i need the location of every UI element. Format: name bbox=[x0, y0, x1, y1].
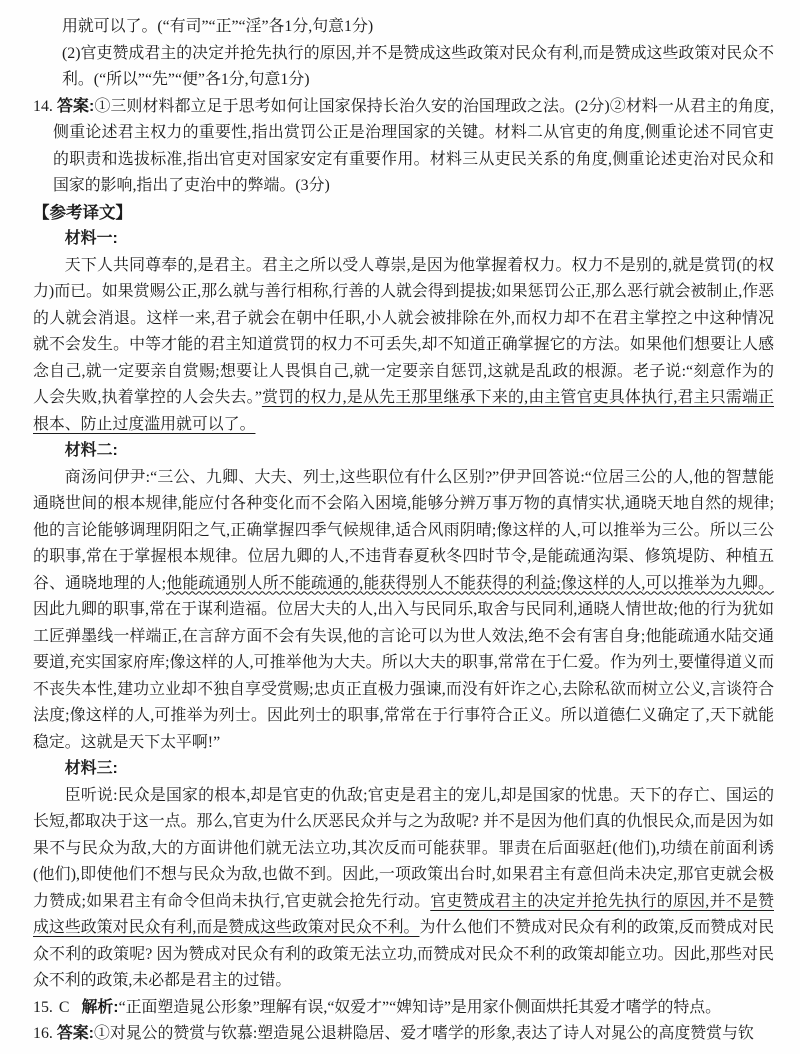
q15-answer-block: 15.C解析:“正面塑造晁公形象”理解有误,“奴爱才”“婢知诗”是用家仆侧面烘托… bbox=[33, 995, 774, 1022]
q16-answer-text: ①对晁公的赞赏与钦慕:塑造晁公退耕隐居、爱才嗜学的形象,表达了诗人对晁公的高度赞… bbox=[94, 1025, 754, 1042]
q14-answer: 14.答案:①三则材料都立足于思考如何让国家保持长治久安的治国理政之法。(2分)… bbox=[33, 94, 774, 200]
material-3-translation: 材料三: 臣听说:民众是国家的根本,却是官吏的仇敌;官吏是君主的宠儿,却是国家的… bbox=[33, 756, 774, 995]
q16-answer: 16.答案:①对晁公的赞赏与钦慕:塑造晁公退耕隐居、爱才嗜学的形象,表达了诗人对… bbox=[33, 1021, 774, 1048]
material-1-paragraph: 天下人共同尊奉的,是君主。君主之所以受人尊崇,是因为他掌握着权力。权力不是别的,… bbox=[33, 253, 774, 439]
q14-answer-block: 14.答案:①三则材料都立足于思考如何让国家保持长治久安的治国理政之法。(2分)… bbox=[33, 94, 774, 200]
material-2-text-after: 因此九卿的职事,常在于谋利造福。位居大夫的人,出入与民同乐,取舍与民同利,通晓人… bbox=[33, 601, 774, 751]
q16-answer-label: 答案: bbox=[57, 1025, 94, 1042]
material-1-translation: 材料一: 天下人共同尊奉的,是君主。君主之所以受人尊崇,是因为他掌握着权力。权力… bbox=[33, 226, 774, 438]
material-3-heading: 材料三: bbox=[33, 756, 774, 783]
q14-answer-text: ①三则材料都立足于思考如何让国家保持长治久安的治国理政之法。(2分)②材料一从君… bbox=[53, 98, 774, 195]
q14-number: 14. bbox=[33, 98, 53, 115]
material-2-text-before: 商汤问伊尹:“三公、九卿、大夫、列士,这些职位有什么区别?”伊尹回答说:“位居三… bbox=[33, 469, 774, 592]
q15-explanation-label: 解析: bbox=[81, 999, 118, 1016]
q14-answer-label: 答案: bbox=[57, 98, 94, 115]
material-3-text-before: 臣听说:民众是国家的根本,却是官吏的仇敌;官吏是君主的宠儿,却是国家的忧患。天下… bbox=[33, 787, 774, 910]
q13-grading-notes: 用就可以了。(“有司”“正”“淫”各1分,句意1分) (2)官吏赞成君主的决定并… bbox=[62, 14, 774, 94]
material-2-heading: 材料二: bbox=[33, 438, 774, 465]
q16-answer-block: 16.答案:①对晁公的赞赏与钦慕:塑造晁公退耕隐居、爱才嗜学的形象,表达了诗人对… bbox=[33, 1021, 774, 1048]
material-1-heading: 材料一: bbox=[33, 226, 774, 253]
material-2-paragraph: 商汤问伊尹:“三公、九卿、大夫、列士,这些职位有什么区别?”伊尹回答说:“位居三… bbox=[33, 465, 774, 757]
material-1-text: 天下人共同尊奉的,是君主。君主之所以受人尊崇,是因为他掌握着权力。权力不是别的,… bbox=[33, 257, 774, 407]
q16-number: 16. bbox=[33, 1025, 53, 1042]
q15-number: 15. bbox=[33, 999, 53, 1016]
q15-answer-letter: C bbox=[59, 999, 70, 1016]
material-2-translation: 材料二: 商汤问伊尹:“三公、九卿、大夫、列士,这些职位有什么区别?”伊尹回答说… bbox=[33, 438, 774, 756]
material-2-wavy-underlined-passage: 他能疏通别人所不能疏通的,能获得别人不能获得的利益;像这样的人,可以推举为九卿。 bbox=[166, 575, 774, 592]
q15-explanation-text: “正面塑造晁公形象”理解有误,“奴爱才”“婢知诗”是用家仆侧面烘托其爱才嗜学的特… bbox=[119, 999, 721, 1016]
reference-translation-heading: 【参考译文】 bbox=[33, 200, 774, 227]
grading-note-carryover: 用就可以了。(“有司”“正”“淫”各1分,句意1分) bbox=[62, 14, 774, 41]
q15-answer: 15.C解析:“正面塑造晁公形象”理解有误,“奴爱才”“婢知诗”是用家仆侧面烘托… bbox=[33, 995, 774, 1022]
exam-answer-key-page: 用就可以了。(“有司”“正”“淫”各1分,句意1分) (2)官吏赞成君主的决定并… bbox=[0, 0, 800, 1054]
material-3-paragraph: 臣听说:民众是国家的根本,却是官吏的仇敌;官吏是君主的宠儿,却是国家的忧患。天下… bbox=[33, 783, 774, 995]
grading-note-item2: (2)官吏赞成君主的决定并抢先执行的原因,并不是赞成这些政策对民众有利,而是赞成… bbox=[62, 41, 774, 94]
